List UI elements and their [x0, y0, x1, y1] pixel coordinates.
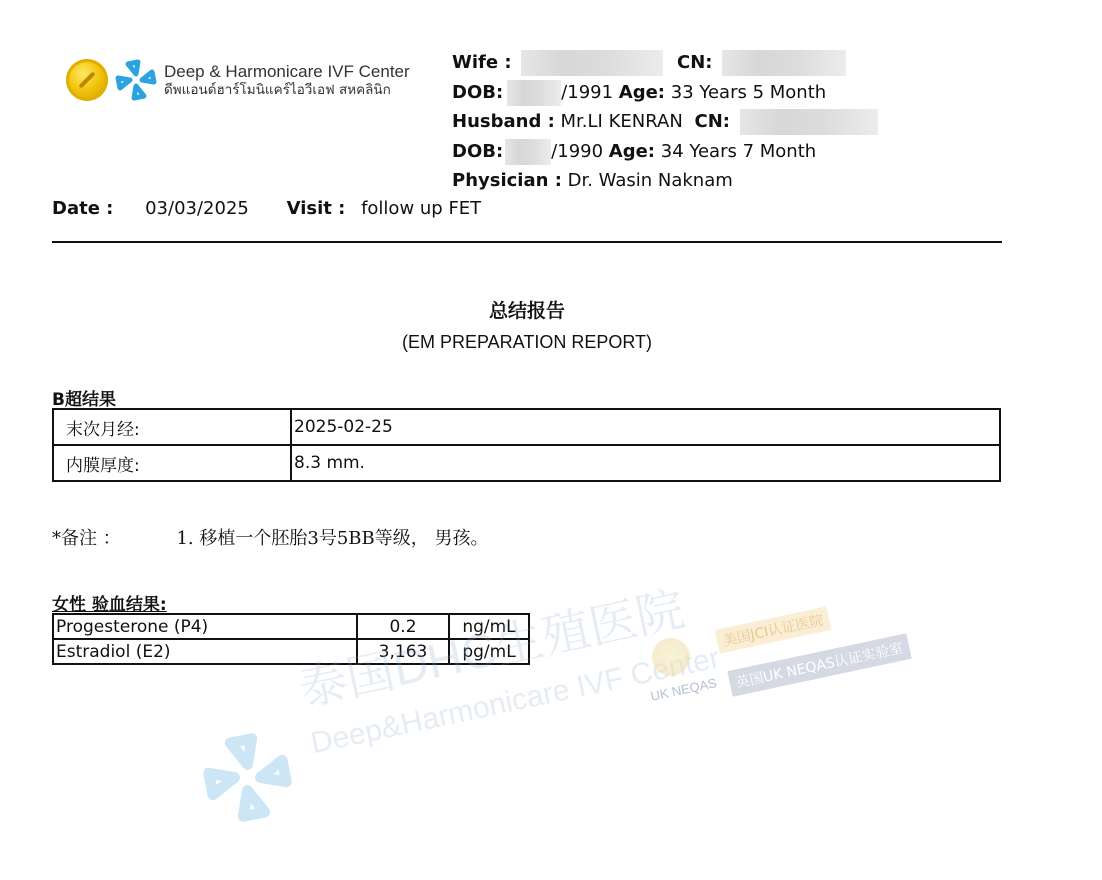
- watermark-seal-icon: [652, 638, 690, 676]
- visit-type: follow up FET: [361, 198, 481, 219]
- watermark-jci-badge: 美国JCI认证医院: [715, 606, 832, 653]
- husband-age: 34 Years 7 Month: [661, 141, 816, 162]
- blood-test-value: 3,163: [357, 639, 449, 664]
- husband-age-label: Age:: [609, 141, 655, 162]
- wife-label: Wife :: [452, 52, 512, 73]
- report-title-en: (EM PREPARATION REPORT): [0, 332, 1054, 353]
- report-title-cn: 总结报告: [0, 296, 1054, 323]
- date-label: Date :: [52, 198, 113, 219]
- husband-dob-redacted: [505, 139, 551, 165]
- blood-results-table: Progesterone (P4) 0.2 ng/mL Estradiol (E…: [52, 613, 530, 665]
- blood-test-unit: ng/mL: [449, 614, 529, 639]
- wife-cn-redacted: [722, 50, 846, 76]
- husband-row: Husband : Mr.LI KENRAN CN:: [452, 107, 878, 137]
- husband-dob-row: DOB:/1990 Age: 34 Years 7 Month: [452, 137, 878, 167]
- husband-dob-year: /1990: [551, 141, 603, 162]
- ultrasound-label: 末次月经:: [53, 409, 291, 445]
- watermark-ukneqas: UK NEQAS: [649, 675, 718, 704]
- blood-test-name: Estradiol (E2): [53, 639, 357, 664]
- clinic-name: Deep & Harmonicare IVF Center ดีพแอนด์ฮา…: [164, 62, 410, 99]
- blood-test-value: 0.2: [357, 614, 449, 639]
- physician-row: Physician : Dr. Wasin Naknam: [452, 166, 878, 196]
- husband-cn-label: CN:: [695, 111, 730, 132]
- patient-info: Wife : CN: DOB:/1991 Age: 33 Years 5 Mon…: [452, 48, 878, 196]
- wife-name-redacted: [521, 50, 663, 76]
- ultrasound-heading: B超结果: [52, 385, 116, 410]
- jci-seal-icon: [66, 59, 108, 101]
- blood-test-name: Progesterone (P4): [53, 614, 357, 639]
- wife-dob-row: DOB:/1991 Age: 33 Years 5 Month: [452, 78, 878, 108]
- clinic-name-th: ดีพแอนด์ฮาร์โมนิแคร์ไอวีเอฟ สหคลินิก: [164, 82, 410, 98]
- wife-dob-label: DOB:: [452, 82, 503, 103]
- physician-label: Physician :: [452, 170, 562, 191]
- remark-text: 1. 移植一个胚胎3号5BB等级， 男孩。: [176, 528, 488, 549]
- table-row: 末次月经: 2025-02-25: [53, 409, 1000, 445]
- husband-dob-label: DOB:: [452, 141, 503, 162]
- wife-dob-redacted: [507, 80, 561, 106]
- wife-row: Wife : CN:: [452, 48, 878, 78]
- clinic-header-logo: Deep & Harmonicare IVF Center ดีพแอนด์ฮา…: [66, 58, 410, 102]
- clinic-name-en: Deep & Harmonicare IVF Center: [164, 62, 410, 82]
- header-divider: [52, 241, 1002, 243]
- remark-line: *备注 ： 1. 移植一个胚胎3号5BB等级， 男孩。: [52, 524, 488, 550]
- visit-line: Date : 03/03/2025 Visit : follow up FET: [52, 198, 481, 219]
- clinic-clover-logo-icon: [114, 58, 158, 102]
- ultrasound-value: 8.3 mm.: [291, 445, 1000, 481]
- table-row: 内膜厚度: 8.3 mm.: [53, 445, 1000, 481]
- physician-name: Dr. Wasin Naknam: [568, 170, 733, 191]
- watermark-clover-logo-icon: [200, 730, 295, 825]
- visit-date: 03/03/2025: [145, 198, 249, 219]
- ultrasound-value: 2025-02-25: [291, 409, 1000, 445]
- wife-cn-label: CN:: [677, 52, 712, 73]
- ultrasound-table: 末次月经: 2025-02-25 内膜厚度: 8.3 mm.: [52, 408, 1001, 482]
- blood-heading: 女性 验血结果:: [52, 590, 167, 615]
- visit-label: Visit :: [287, 198, 346, 219]
- husband-label: Husband :: [452, 111, 555, 132]
- husband-cn-redacted: [740, 109, 878, 135]
- ultrasound-label: 内膜厚度:: [53, 445, 291, 481]
- blood-test-unit: pg/mL: [449, 639, 529, 664]
- table-row: Estradiol (E2) 3,163 pg/mL: [53, 639, 529, 664]
- remark-label: *备注 ：: [52, 528, 121, 549]
- wife-age-label: Age:: [619, 82, 665, 103]
- husband-name: Mr.LI KENRAN: [561, 111, 683, 132]
- watermark-ukneqas-badge: 英国UK NEQAS认证实验室: [727, 633, 911, 696]
- table-row: Progesterone (P4) 0.2 ng/mL: [53, 614, 529, 639]
- wife-dob-year: /1991: [561, 82, 613, 103]
- wife-age: 33 Years 5 Month: [671, 82, 826, 103]
